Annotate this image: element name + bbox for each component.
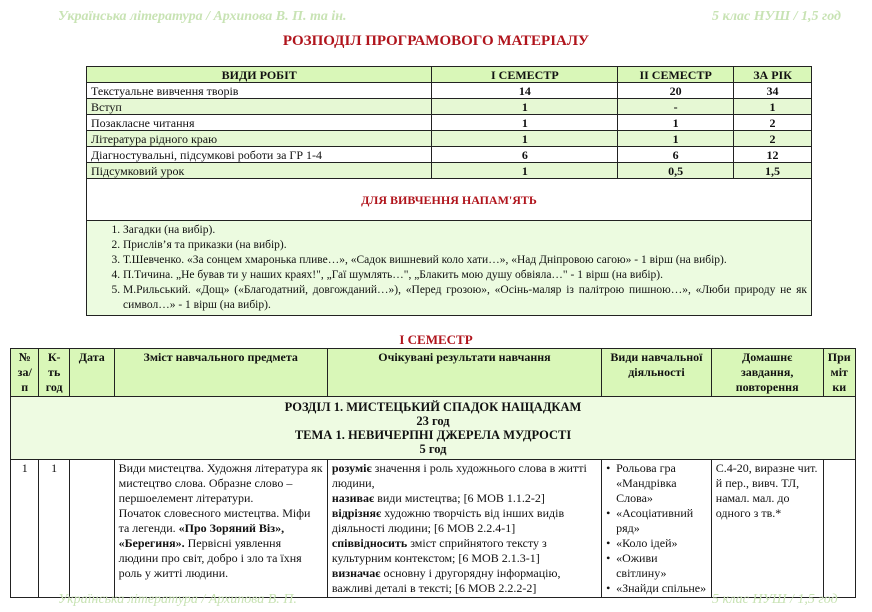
- result-item: співвідносить зміст сприйнятого тексту з…: [332, 536, 597, 566]
- list-item: М.Рильський. «Дощ» («Благодатний, довгож…: [123, 283, 807, 313]
- lesson-date: [69, 460, 114, 598]
- semester-1-hours: 1: [432, 163, 618, 179]
- list-item: Рольова гра «Мандрівка Слова»: [606, 461, 707, 506]
- lesson-number: 1: [11, 460, 39, 598]
- memorize-list-cell: Загадки (на вибір). Прислів’я та приказк…: [87, 221, 812, 316]
- header-notes: При міт ки: [823, 349, 856, 397]
- table-row: Діагностувальні, підсумкові роботи за ГР…: [87, 147, 812, 163]
- running-header-right: 5 клас НУШ / 1,5 год: [712, 9, 841, 25]
- header-semester-2: ІІ СЕМЕСТР: [618, 67, 734, 83]
- result-item: розуміє значення і роль художнього слова…: [332, 461, 597, 491]
- semester-1-hours: 1: [432, 115, 618, 131]
- semester-title: І СЕМЕСТР: [0, 332, 872, 348]
- lesson-hours: 1: [39, 460, 69, 598]
- lesson-results: розуміє значення і роль художнього слова…: [327, 460, 601, 598]
- page-title: РОЗПОДІЛ ПРОГРАМОВОГО МАТЕРІАЛУ: [0, 33, 872, 50]
- semester-1-hours: 6: [432, 147, 618, 163]
- lesson-homework: С.4-20, виразне чит. й пер., вивч. ТЛ, н…: [711, 460, 823, 598]
- semester-2-hours: 20: [618, 83, 734, 99]
- topic-hours: 5 год: [11, 442, 855, 456]
- table-row: 1 1 Види мистецтва. Художня література я…: [11, 460, 856, 598]
- section-hours: 23 год: [11, 414, 855, 428]
- running-footer-right: 5 клас НУШ / 1,5 год: [712, 592, 838, 608]
- topic-title: ТЕМА 1. НЕВИЧЕРПНІ ДЖЕРЕЛА МУДРОСТІ: [11, 428, 855, 442]
- semester-2-hours: 0,5: [618, 163, 734, 179]
- year-hours: 1,5: [734, 163, 812, 179]
- table-row: Позакласне читання 1 1 2: [87, 115, 812, 131]
- plan-header-row: № за/ п К-ть год Дата Зміст навчального …: [11, 349, 856, 397]
- header-results: Очікувані результати навчання: [327, 349, 601, 397]
- list-item: П.Тичина. „Не бував ти у наших краях!", …: [123, 268, 807, 283]
- result-verb: відрізняє: [332, 506, 381, 520]
- list-item: Загадки (на вибір).: [123, 223, 807, 238]
- year-hours: 1: [734, 99, 812, 115]
- content-intro: Види мистецтва. Художня література як ми…: [119, 461, 323, 506]
- header-homework: Домашнє завдання, повторення: [711, 349, 823, 397]
- semester-2-hours: 6: [618, 147, 734, 163]
- table-row: Текстуальне вивчення творів 14 20 34: [87, 83, 812, 99]
- distribution-header-row: ВИДИ РОБІТ І СЕМЕСТР ІІ СЕМЕСТР ЗА РІК: [87, 67, 812, 83]
- header-date: Дата: [69, 349, 114, 397]
- semester-1-hours: 1: [432, 99, 618, 115]
- work-type: Вступ: [87, 99, 432, 115]
- year-hours: 2: [734, 115, 812, 131]
- header-activities: Види навчальної діяльності: [602, 349, 712, 397]
- list-item: «Асоціативний ряд»: [606, 506, 707, 536]
- table-row: Вступ 1 - 1: [87, 99, 812, 115]
- activities-list: Рольова гра «Мандрівка Слова» «Асоціатив…: [606, 461, 707, 596]
- lesson-activities: Рольова гра «Мандрівка Слова» «Асоціатив…: [602, 460, 712, 598]
- header-number: № за/ п: [11, 349, 39, 397]
- result-text: види мистецтва; [6 МОВ 1.1.2-2]: [374, 491, 545, 505]
- year-hours: 12: [734, 147, 812, 163]
- work-type: Текстуальне вивчення творів: [87, 83, 432, 99]
- header-hours: К-ть год: [39, 349, 69, 397]
- result-item: називає види мистецтва; [6 МОВ 1.1.2-2]: [332, 491, 597, 506]
- lesson-content: Види мистецтва. Художня література як ми…: [114, 460, 327, 598]
- table-row: Література рідного краю 1 1 2: [87, 131, 812, 147]
- work-type: Позакласне читання: [87, 115, 432, 131]
- semester-1-hours: 14: [432, 83, 618, 99]
- header-year: ЗА РІК: [734, 67, 812, 83]
- year-hours: 2: [734, 131, 812, 147]
- semester-1-hours: 1: [432, 131, 618, 147]
- running-header-left: Українська література / Архипова В. П. т…: [58, 9, 347, 25]
- content-main: Початок словесного мистецтва. Міфи та ле…: [119, 506, 323, 581]
- lesson-plan-table: № за/ п К-ть год Дата Зміст навчального …: [10, 348, 856, 598]
- list-item: Т.Шевченко. «За сонцем хмаронька пливе…»…: [123, 253, 807, 268]
- result-verb: співвідносить: [332, 536, 407, 550]
- list-item: Прислів’я та приказки (на вибір).: [123, 238, 807, 253]
- distribution-table: ВИДИ РОБІТ І СЕМЕСТР ІІ СЕМЕСТР ЗА РІК Т…: [86, 66, 812, 316]
- work-type: Підсумковий урок: [87, 163, 432, 179]
- memorize-title: ДЛЯ ВИВЧЕННЯ НАПАМ'ЯТЬ: [87, 179, 812, 221]
- list-item: «Коло ідей»: [606, 536, 707, 551]
- header-semester-1: І СЕМЕСТР: [432, 67, 618, 83]
- work-type: Діагностувальні, підсумкові роботи за ГР…: [87, 147, 432, 163]
- running-footer-left: Українська література / Архипова В. П.: [58, 592, 297, 608]
- memorize-list: Загадки (на вибір). Прислів’я та приказк…: [87, 223, 807, 313]
- result-verb: називає: [332, 491, 374, 505]
- table-row: Підсумковий урок 1 0,5 1,5: [87, 163, 812, 179]
- year-hours: 34: [734, 83, 812, 99]
- section-row: РОЗДІЛ 1. МИСТЕЦЬКИЙ СПАДОК НАЩАДКАМ 23 …: [11, 397, 856, 460]
- list-item: «Оживи світлину»: [606, 551, 707, 581]
- semester-2-hours: 1: [618, 115, 734, 131]
- result-item: визначає основну і другорядну інформацію…: [332, 566, 597, 596]
- list-item: «Знайди спільне»: [606, 581, 707, 596]
- semester-2-hours: -: [618, 99, 734, 115]
- section-title: РОЗДІЛ 1. МИСТЕЦЬКИЙ СПАДОК НАЩАДКАМ: [11, 400, 855, 414]
- lesson-notes: [823, 460, 856, 598]
- header-work-types: ВИДИ РОБІТ: [87, 67, 432, 83]
- work-type: Література рідного краю: [87, 131, 432, 147]
- header-content: Зміст навчального предмета: [114, 349, 327, 397]
- result-verb: визначає: [332, 566, 381, 580]
- semester-2-hours: 1: [618, 131, 734, 147]
- result-item: відрізняє художню творчість від інших ви…: [332, 506, 597, 536]
- result-verb: розуміє: [332, 461, 372, 475]
